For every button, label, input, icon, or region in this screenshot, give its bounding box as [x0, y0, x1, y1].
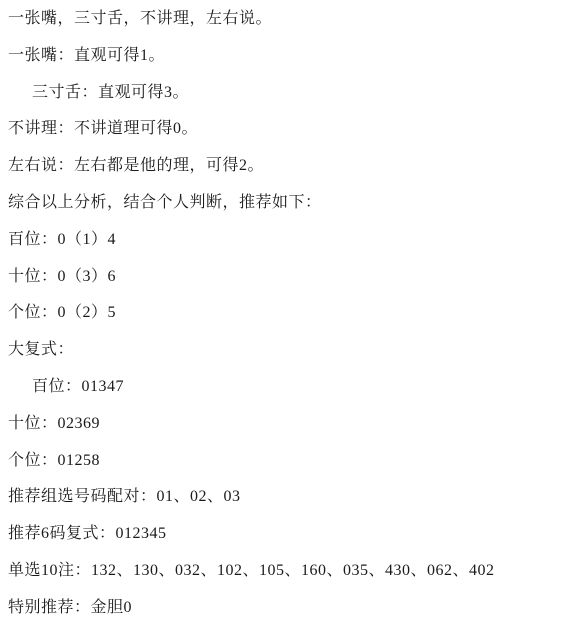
text-line-dafushi-tens: 十位：02369: [8, 406, 558, 443]
text-line-dafushi-units: 个位：01258: [8, 443, 558, 480]
text-line-hundreds-pick: 百位：0（1）4: [8, 222, 558, 259]
text-line-single-picks: 单选10注：132、130、032、102、105、160、035、430、06…: [8, 553, 558, 590]
text-line-dafushi-header: 大复式：: [8, 332, 558, 369]
text-line-yizhangzui: 一张嘴：直观可得1。: [8, 38, 558, 75]
text-line-dafushi-hundreds: 百位：01347: [8, 369, 558, 406]
text-line-bujiangli: 不讲理：不讲道理可得0。: [8, 111, 558, 148]
text-line-tens-pick: 十位：0（3）6: [8, 259, 558, 296]
text-line-opening: 一张嘴，三寸舌，不讲理，左右说。: [8, 1, 558, 38]
text-line-six-code: 推荐6码复式：012345: [8, 516, 558, 553]
text-line-special: 特别推荐：金胆0: [8, 590, 558, 627]
text-line-sancunshe: 三寸舌：直观可得3。: [8, 75, 558, 112]
text-line-zuoyoushuo: 左右说：左右都是他的理，可得2。: [8, 148, 558, 185]
text-line-units-pick: 个位：0（2）5: [8, 295, 558, 332]
text-line-summary: 综合以上分析，结合个人判断，推荐如下：: [8, 185, 558, 222]
text-line-group-pairs: 推荐组选号码配对：01、02、03: [8, 479, 558, 516]
article-body: 一张嘴，三寸舌，不讲理，左右说。 一张嘴：直观可得1。 三寸舌：直观可得3。 不…: [0, 0, 562, 644]
